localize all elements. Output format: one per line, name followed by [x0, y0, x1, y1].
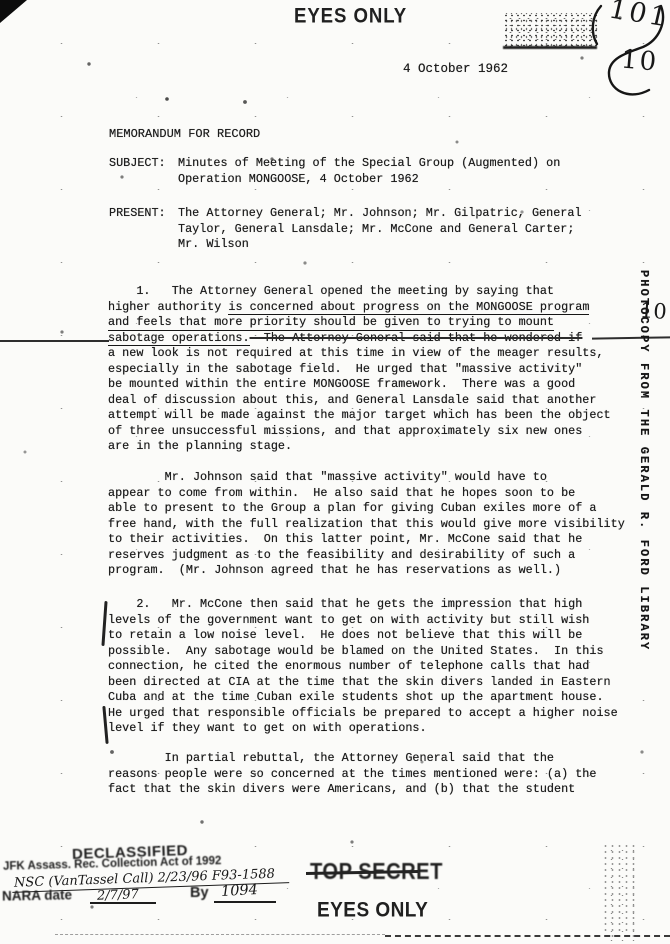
- eyes-only-stamp-top: EYES ONLY: [294, 4, 407, 29]
- text-line: program. (Mr. Johnson agreed that he has…: [108, 563, 625, 579]
- scan-edge-dashes: [385, 935, 670, 937]
- nara-date-underline: [90, 902, 156, 904]
- text-line: Mr. Johnson said that "massive activity"…: [108, 470, 625, 486]
- text-segment: of three unsuccessful missions, and that…: [108, 424, 582, 438]
- text-line: to their activities. On this latter poin…: [108, 532, 625, 548]
- text-line: able to present to the Group a plan for …: [108, 501, 625, 517]
- scan-noise-column: [602, 843, 638, 941]
- text-segment: He urged that responsible officials be p…: [108, 706, 618, 720]
- text-segment: free hand, with the full realization tha…: [108, 517, 625, 531]
- present-label: PRESENT:: [109, 206, 166, 222]
- text-line: deal of discussion about this, and Gener…: [108, 393, 611, 409]
- text-segment: 1. The Attorney General opened the meeti…: [108, 284, 554, 298]
- text-segment: reasons people were so concerned at the …: [108, 767, 596, 781]
- subject-text: Minutes of Meeting of the Special Group …: [178, 156, 560, 187]
- text-segment: is concerned about progress on the MONGO…: [228, 300, 589, 316]
- text-line: free hand, with the full realization tha…: [108, 517, 625, 533]
- pencil-line-right: [592, 336, 670, 339]
- nara-date-label: NARA date: [2, 887, 72, 903]
- text-line: In partial rebuttal, the Attorney Genera…: [108, 751, 596, 767]
- text-line: been directed at CIA at the time that th…: [108, 675, 618, 691]
- text-line: possible. Any sabotage would be blamed o…: [108, 644, 618, 660]
- text-line: and feels that more priority should be g…: [108, 315, 611, 331]
- text-segment: sabotage operations.: [108, 331, 250, 347]
- scan-edge-dashes-faint: [55, 934, 385, 935]
- text-segment: be mounted within the entire MONGOOSE fr…: [108, 377, 575, 391]
- text-segment: 2. Mr. McCone then said that he gets the…: [108, 597, 582, 611]
- scan-noise-dots: [0, 0, 2, 2]
- subject-label: SUBJECT:: [109, 156, 166, 172]
- present-text: The Attorney General; Mr. Johnson; Mr. G…: [178, 206, 582, 253]
- text-line: The Attorney General; Mr. Johnson; Mr. G…: [178, 206, 582, 222]
- text-line: levels of the government want to get on …: [108, 613, 618, 629]
- text-line: Mr. Wilson: [178, 237, 582, 253]
- text-segment: possible. Any sabotage would be blamed o…: [108, 644, 604, 658]
- text-segment: able to present to the Group a plan for …: [108, 501, 596, 515]
- text-segment: fact that the skin divers were Americans…: [108, 782, 575, 796]
- document-scan: EYES ONLY 101 10 4 October 1962 MEMORAND…: [0, 0, 670, 944]
- text-segment: been directed at CIA at the time that th…: [108, 675, 611, 689]
- paragraph-1: 1. The Attorney General opened the meeti…: [108, 284, 611, 455]
- photocopy-watermark: PHOTOCOPY FROM THE GERALD R. FORD LIBRAR…: [637, 270, 651, 652]
- text-line: 2. Mr. McCone then said that he gets the…: [108, 597, 618, 613]
- text-line: Operation MONGOOSE, 4 October 1962: [178, 172, 560, 188]
- memo-heading: MEMORANDUM FOR RECORD: [109, 127, 260, 143]
- handwritten-margin-number: 10: [639, 298, 667, 324]
- text-segment: Cuba and at the time Cuban exile student…: [108, 690, 604, 704]
- margin-mark: [101, 601, 107, 646]
- text-line: 1. The Attorney General opened the meeti…: [108, 284, 611, 300]
- text-segment: a new look is not required at this time …: [108, 346, 604, 360]
- text-line: connection, he cited the enormous number…: [108, 659, 618, 675]
- text-segment: to retain a low noise level. He does not…: [108, 628, 582, 642]
- text-segment: are in the planning stage.: [108, 439, 292, 453]
- paragraph-rebuttal: In partial rebuttal, the Attorney Genera…: [108, 751, 596, 798]
- text-line: reserves judgment as to the feasibility …: [108, 548, 625, 564]
- text-line: reasons people were so concerned at the …: [108, 767, 596, 783]
- paragraph-johnson: Mr. Johnson said that "massive activity"…: [108, 470, 625, 579]
- by-underline: [214, 901, 276, 903]
- text-line: level if they want to get on with operat…: [108, 721, 618, 737]
- text-segment: The Attorney General said that he wonder…: [250, 331, 583, 345]
- text-line: of three unsuccessful missions, and that…: [108, 424, 611, 440]
- text-segment: program. (Mr. Johnson agreed that he has…: [108, 563, 561, 577]
- text-segment: attempt will be made against the major t…: [108, 408, 611, 422]
- text-segment: reserves judgment as to the feasibility …: [108, 548, 575, 562]
- handwritten-by-value: 1094: [221, 882, 259, 900]
- text-segment: higher authority: [108, 300, 228, 314]
- document-date: 4 October 1962: [403, 62, 508, 78]
- text-line: are in the planning stage.: [108, 439, 611, 455]
- handwritten-routing-scrawl: 101 10: [585, 2, 670, 102]
- text-segment: deal of discussion about this, and Gener…: [108, 393, 596, 407]
- text-line: sabotage operations. The Attorney Genera…: [108, 331, 611, 347]
- text-segment: In partial rebuttal, the Attorney Genera…: [108, 751, 554, 765]
- text-line: higher authority is concerned about prog…: [108, 300, 611, 316]
- text-segment: especially in the sabotage field. He urg…: [108, 362, 582, 376]
- text-line: fact that the skin divers were Americans…: [108, 782, 596, 798]
- eyes-only-stamp-bottom: EYES ONLY: [317, 898, 428, 923]
- by-label: By: [190, 885, 209, 901]
- pencil-line-left: [0, 340, 109, 342]
- text-line: attempt will be made against the major t…: [108, 408, 611, 424]
- text-segment: level if they want to get on with operat…: [108, 721, 427, 735]
- redaction-smudge-underline: [503, 46, 597, 49]
- text-line: Cuba and at the time Cuban exile student…: [108, 690, 618, 706]
- text-line: especially in the sabotage field. He urg…: [108, 362, 611, 378]
- handwritten-number: 10: [620, 44, 660, 77]
- text-line: Minutes of Meeting of the Special Group …: [178, 156, 560, 172]
- text-line: appear to come from within. He also said…: [108, 486, 625, 502]
- text-line: to retain a low noise level. He does not…: [108, 628, 618, 644]
- text-line: He urged that responsible officials be p…: [108, 706, 618, 722]
- text-segment: Mr. Johnson said that "massive activity"…: [108, 470, 547, 484]
- text-segment: and feels that more priority should be g…: [108, 315, 554, 331]
- text-segment: connection, he cited the enormous number…: [108, 659, 589, 673]
- text-segment: appear to come from within. He also said…: [108, 486, 575, 500]
- paragraph-2: 2. Mr. McCone then said that he gets the…: [108, 597, 618, 737]
- text-line: a new look is not required at this time …: [108, 346, 611, 362]
- redaction-smudge: [503, 13, 598, 47]
- text-segment: to their activities. On this latter poin…: [108, 532, 582, 546]
- text-line: be mounted within the entire MONGOOSE fr…: [108, 377, 611, 393]
- text-line: Taylor, General Lansdale; Mr. McCone and…: [178, 222, 582, 238]
- scan-corner-artifact: [0, 0, 27, 23]
- text-segment: levels of the government want to get on …: [108, 613, 589, 627]
